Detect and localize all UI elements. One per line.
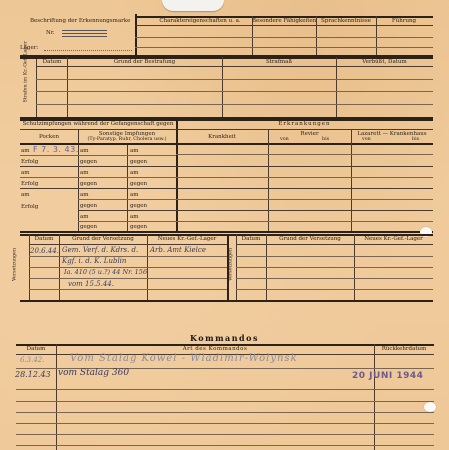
col-return-date: Rückkehrdatum: [374, 346, 434, 352]
transfer-reason-line: Ia. 410 (5 u.?) 44 Nr. 156: [64, 268, 147, 276]
vaccinations-title: Schutzimpfungen während der Gefangenscha…: [20, 121, 176, 127]
transfer-reason-line: vom 15.5.44.: [68, 280, 114, 288]
lager-field: [44, 50, 132, 51]
kommando-date: 6.3.42.: [20, 356, 45, 364]
col-character: Charaktereigenschaften u. a.: [150, 18, 250, 24]
col-languages: Sprachkenntnisse: [316, 18, 376, 24]
transfer-date: 20.6.44.: [30, 247, 59, 255]
col-kommando-date: Datum: [16, 346, 56, 352]
col-kommando-type: Art des Kommandos: [56, 346, 374, 352]
vacc-row-label: am: [21, 148, 30, 154]
col-conduct: Führung: [376, 18, 432, 24]
kommando-text: Vom Stalag Kowel - Wladimir-Wolynsk: [70, 353, 298, 364]
col-new-camp: Neues Kr.-Gef.-Lager: [147, 236, 227, 242]
col-abilities: Besondere Fähigkeiten: [252, 18, 316, 24]
punch-hole: [424, 402, 436, 412]
torn-corner: [162, 0, 224, 11]
vacc-date-stamp: F 7. 3. 43.: [33, 145, 79, 154]
transfer-reason-line: Kgf. i. d. K. Lublin: [62, 257, 126, 265]
penalties-side-label: Strafen im Kr.-Gef.-Lager: [24, 63, 29, 103]
col-penalty-reason: Grund der Bestrafung: [67, 59, 222, 65]
transfers-side-label-left: Versetzungen: [13, 240, 18, 290]
kommando-date: 28.12.43: [15, 370, 51, 379]
date-stamp: 20 JUNI 1944: [352, 371, 423, 381]
transfer-new-camp: Arb. Amt Kielce: [150, 246, 206, 254]
col-illness: Krankheit: [176, 134, 268, 140]
transfers-side-label-right: Versetzungen: [229, 240, 234, 290]
col-transfer-reason: Grund der Versetzung: [59, 236, 147, 242]
kommando-text: vom Stalag 360: [58, 368, 129, 378]
col-served-date: Verbüßt, Datum: [336, 59, 433, 65]
document-card: Beschriftung der Erkennungsmarke Nr. Lag…: [0, 0, 449, 450]
col-date: Datum: [37, 59, 67, 65]
illnesses-title: Erkrankungen: [176, 121, 433, 127]
nr-label: Nr.: [46, 30, 55, 36]
col-transfer-date: Datum: [29, 236, 59, 242]
nr-field: [62, 30, 107, 37]
col-smallpox: Pocken: [20, 134, 78, 140]
transfer-reason-line: Gem. Verf. d. Kdrs. d.: [62, 246, 138, 254]
kommandos-title: Kommandos: [190, 333, 259, 343]
identity-tag-label: Beschriftung der Erkennungsmarke: [30, 18, 130, 24]
col-penalty-measure: Strafmaß: [222, 59, 336, 65]
